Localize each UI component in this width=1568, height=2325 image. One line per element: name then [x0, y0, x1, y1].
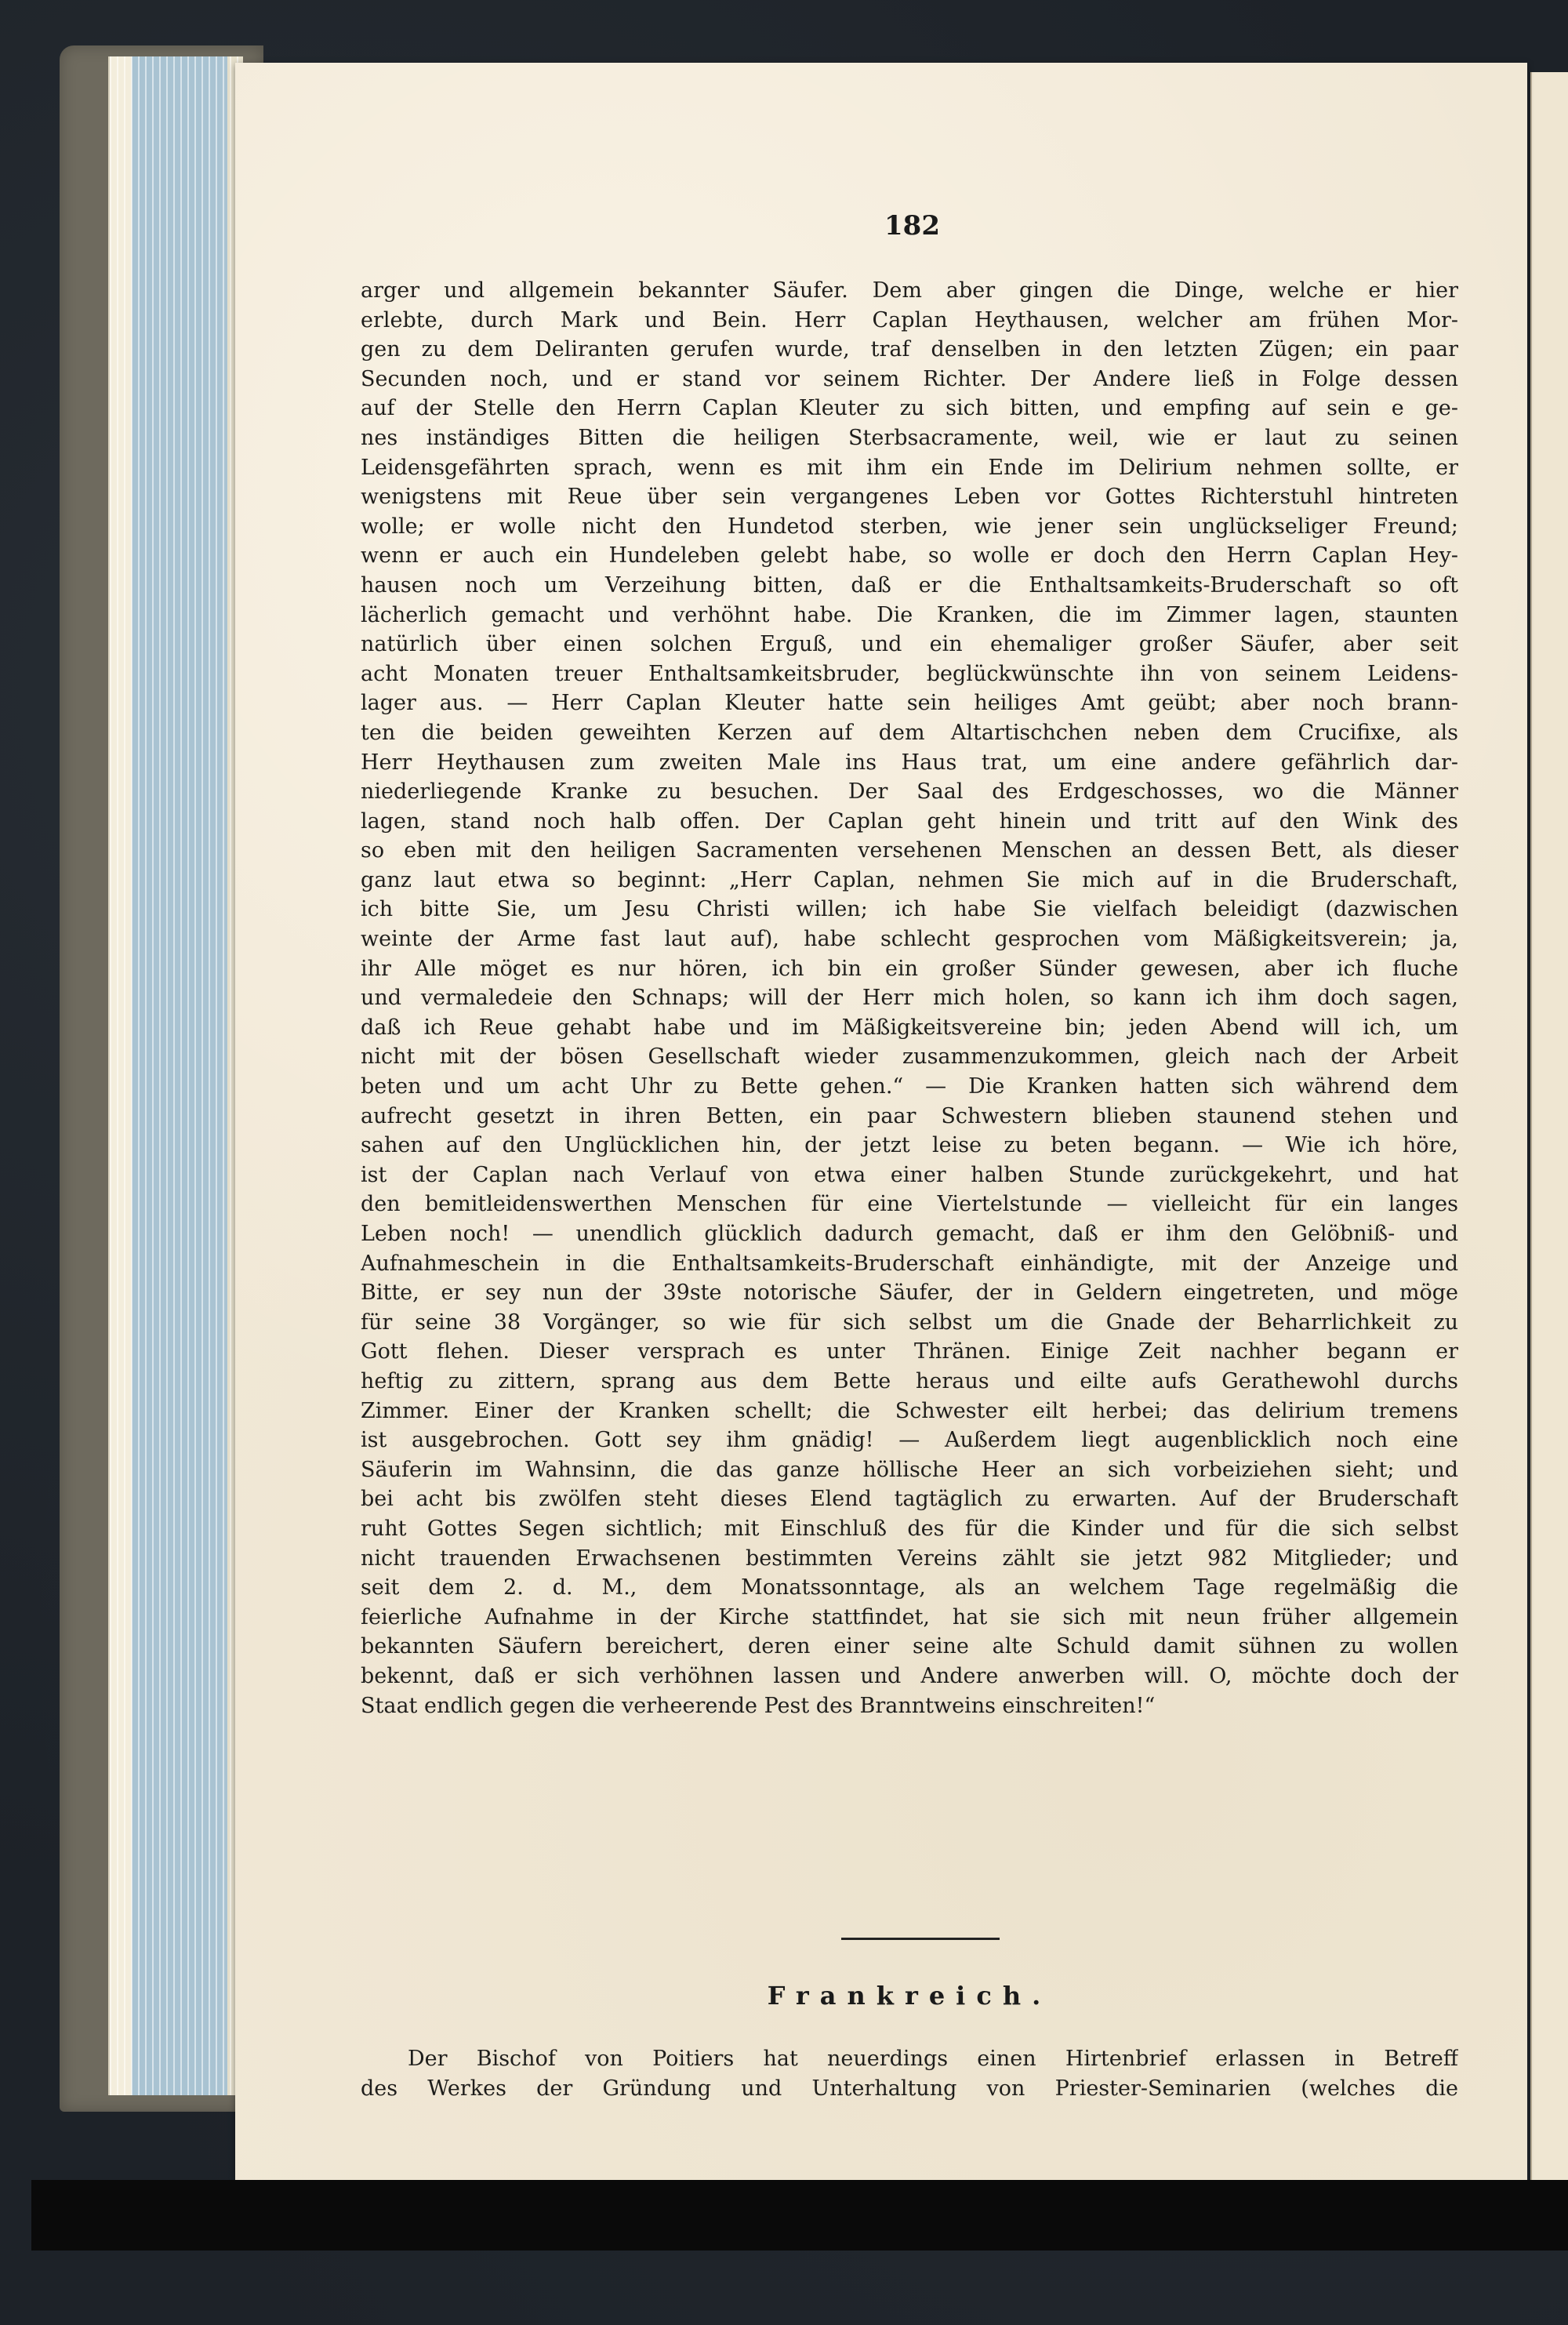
article-continuation: arger und allgemein bekannter Säufer. De… — [361, 276, 1458, 1720]
text-line: natürlich über einen solchen Erguß, und … — [361, 630, 1458, 659]
text-line: ganz laut etwa so beginnt: „Herr Caplan,… — [361, 866, 1458, 895]
text-line: wolle; er wolle nicht den Hundetod sterb… — [361, 512, 1458, 542]
adjacent-page-edge — [1530, 72, 1568, 2189]
text-line: nicht mit der bösen Gesellschaft wieder … — [361, 1042, 1458, 1072]
text-line: Secunden noch, und er stand vor seinem R… — [361, 365, 1458, 394]
text-line: sahen auf den Unglücklichen hin, der jet… — [361, 1131, 1458, 1161]
text-line: und vermaledeie den Schnaps; will der He… — [361, 983, 1458, 1013]
section-body: Der Bischof von Poitiers hat neuerdings … — [361, 2043, 1458, 2102]
text-line: so eben mit den heiligen Sacramenten ver… — [361, 836, 1458, 866]
text-line: Bitte, er sey nun der 39ste notorische S… — [361, 1278, 1458, 1308]
text-line: feierliche Aufnahme in der Kirche stattf… — [361, 1603, 1458, 1633]
text-line: aufrecht gesetzt in ihren Betten, ein pa… — [361, 1102, 1458, 1132]
text-line: auf der Stelle den Herrn Caplan Kleuter … — [361, 394, 1458, 423]
text-line: ist der Caplan nach Verlauf von etwa ein… — [361, 1161, 1458, 1190]
text-line: bekannten Säufern bereichert, deren eine… — [361, 1632, 1458, 1662]
text-line: erlebte, durch Mark und Bein. Herr Capla… — [361, 306, 1458, 336]
text-line: weinte der Arme fast laut auf), habe sch… — [361, 925, 1458, 954]
text-line: ist ausgebrochen. Gott sey ihm gnädig! —… — [361, 1426, 1458, 1455]
text-line: Gott flehen. Dieser versprach es unter T… — [361, 1337, 1458, 1367]
text-line: heftig zu zittern, sprang aus dem Bette … — [361, 1367, 1458, 1397]
text-line: niederliegende Kranke zu besuchen. Der S… — [361, 777, 1458, 807]
section-separator-rule — [841, 1938, 1000, 1940]
bottom-shadow — [31, 2180, 1568, 2251]
text-line: seit dem 2. d. M., dem Monatssonntage, a… — [361, 1573, 1458, 1603]
text-line: den bemitleidenswerthen Menschen für ein… — [361, 1190, 1458, 1219]
text-line: daß ich Reue gehabt habe und im Mäßigkei… — [361, 1013, 1458, 1043]
text-line: hausen noch um Verzeihung bitten, daß er… — [361, 571, 1458, 601]
text-line: lagen, stand noch halb offen. Der Caplan… — [361, 807, 1458, 837]
text-line: bekennt, daß er sich verhöhnen lassen un… — [361, 1662, 1458, 1691]
text-line: wenigstens mit Reue über sein vergangene… — [361, 482, 1458, 512]
page-edges — [108, 56, 243, 2095]
text-line: Aufnahmeschein in die Enthaltsamkeits-Br… — [361, 1249, 1458, 1279]
section-heading: Frankreich. — [361, 1981, 1458, 2011]
text-line: acht Monaten treuer Enthaltsamkeitsbrude… — [361, 659, 1458, 689]
text-line: des Werkes der Gründung und Unterhaltung… — [361, 2073, 1458, 2103]
text-line: Herr Heythausen zum zweiten Male ins Hau… — [361, 748, 1458, 778]
text-line: für seine 38 Vorgänger, so wie für sich … — [361, 1308, 1458, 1338]
text-line: Säuferin im Wahnsinn, die das ganze höll… — [361, 1455, 1458, 1485]
text-line: ihr Alle möget es nur hören, ich bin ein… — [361, 954, 1458, 984]
text-line: nes inständiges Bitten die heiligen Ster… — [361, 423, 1458, 453]
text-line: Der Bischof von Poitiers hat neuerdings … — [361, 2043, 1458, 2073]
text-line: Staat endlich gegen die verheerende Pest… — [361, 1691, 1458, 1721]
text-line: wenn er auch ein Hundeleben gelebt habe,… — [361, 541, 1458, 571]
text-line: beten und um acht Uhr zu Bette gehen.“ —… — [361, 1072, 1458, 1102]
text-line: ich bitte Sie, um Jesu Christi willen; i… — [361, 895, 1458, 925]
text-line: arger und allgemein bekannter Säufer. De… — [361, 276, 1458, 306]
text-line: gen zu dem Deliranten gerufen wurde, tra… — [361, 335, 1458, 365]
text-line: Zimmer. Einer der Kranken schellt; die S… — [361, 1397, 1458, 1426]
text-line: ruht Gottes Segen sichtlich; mit Einschl… — [361, 1514, 1458, 1544]
text-line: bei acht bis zwölfen steht dieses Elend … — [361, 1484, 1458, 1514]
page-number: 182 — [884, 210, 931, 242]
text-line: lager aus. — Herr Caplan Kleuter hatte s… — [361, 688, 1458, 718]
text-line: nicht trauenden Erwachsenen bestimmten V… — [361, 1544, 1458, 1574]
text-line: Leidensgefährten sprach, wenn es mit ihm… — [361, 453, 1458, 483]
text-line: lächerlich gemacht und verhöhnt habe. Di… — [361, 601, 1458, 630]
text-line: Leben noch! — unendlich glücklich dadurc… — [361, 1219, 1458, 1249]
text-line: ten die beiden geweihten Kerzen auf dem … — [361, 718, 1458, 748]
